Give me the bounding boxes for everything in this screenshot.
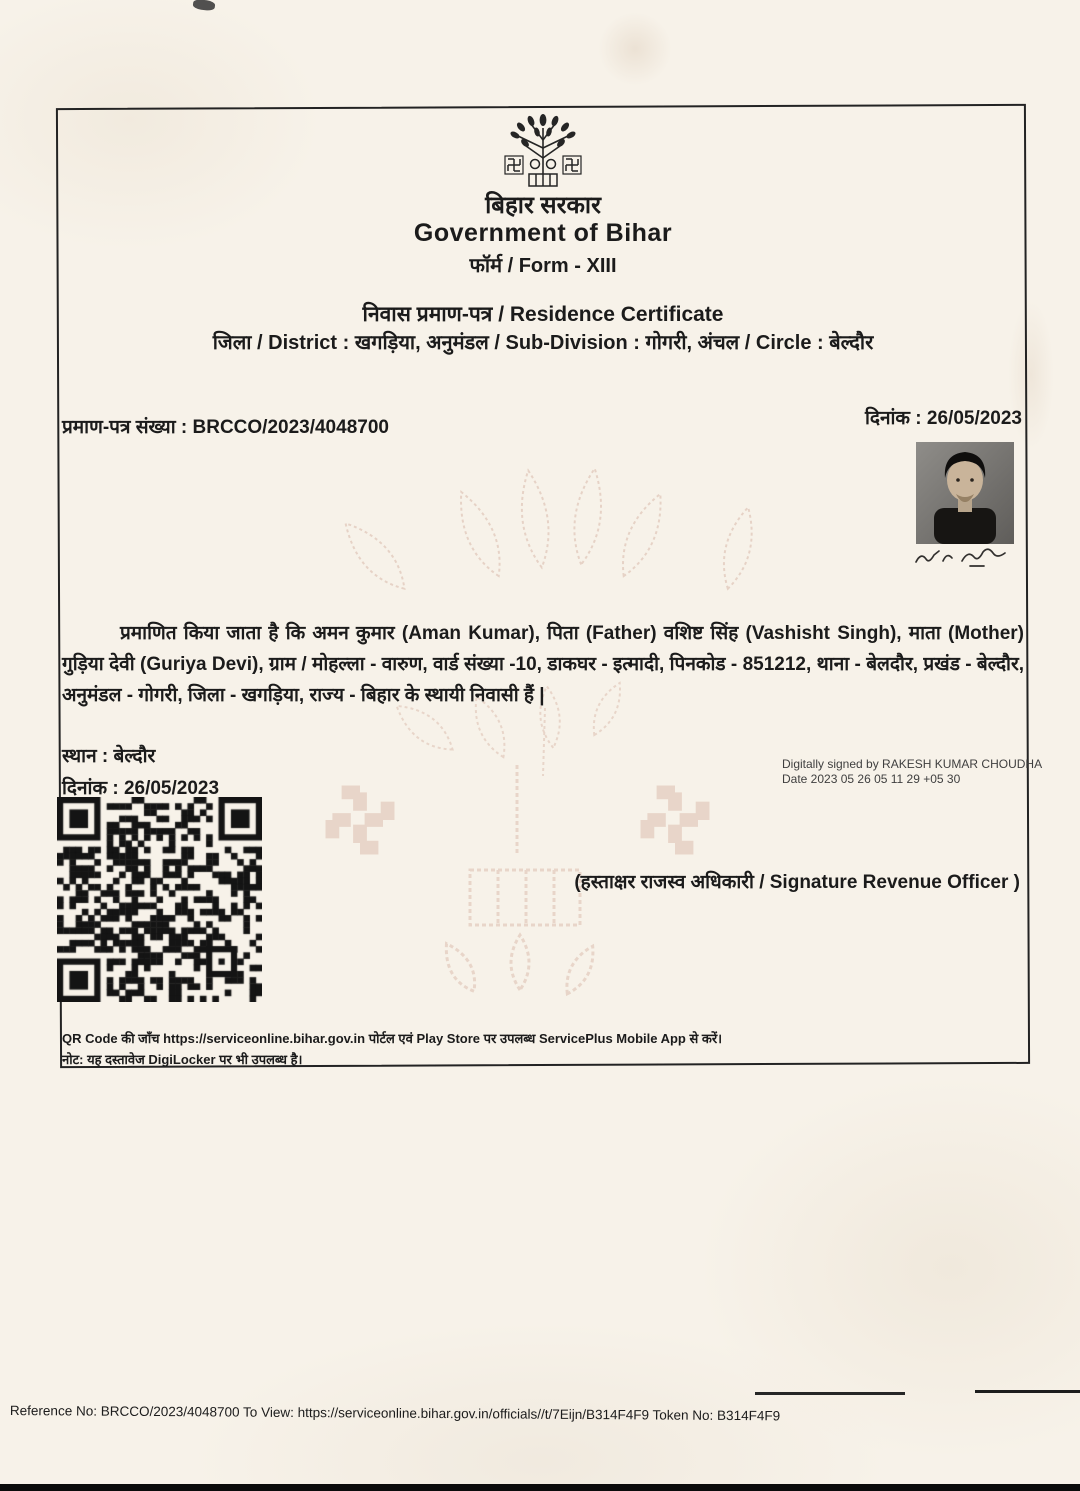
certificate-body-paragraph: प्रमाणित किया जाता है कि अमन कुमार (Aman… [62, 618, 1024, 711]
form-number: फॉर्म / Form - XIII [58, 251, 1028, 278]
revenue-officer-signature-label: (हस्ताक्षर राजस्व अधिकारी / Signature Re… [574, 868, 1020, 894]
issue-place: स्थान : बेल्दौर [62, 742, 155, 768]
reference-footer: Reference No: BRCCO/2023/4048700 To View… [10, 1403, 780, 1423]
digilocker-note: नोट: यह दस्तावेज DigiLocker पर भी उपलब्ध… [62, 1050, 302, 1068]
scan-line [755, 1392, 905, 1395]
qr-code [57, 797, 262, 1002]
scan-edge-bar [0, 1484, 1080, 1491]
certificate-number: प्रमाण-पत्र संख्या : BRCCO/2023/4048700 [62, 413, 389, 439]
scan-artifact [192, 0, 215, 11]
issue-date-top: दिनांक : 26/05/2023 [865, 404, 1022, 430]
org-name-hindi: बिहार सरकार [58, 188, 1028, 221]
applicant-signature [910, 546, 1018, 572]
scanned-residence-certificate: बिहार सरकार Government of Bihar फॉर्म / … [0, 0, 1080, 1491]
digital-signature-stamp: Digitally signed by RAKESH KUMAR CHOUDHA… [782, 757, 1042, 787]
bihar-government-emblem-icon [488, 112, 598, 192]
digital-signature-line2: Date 2023 05 26 05 11 29 +05 30 [782, 772, 1042, 787]
digital-signature-line1: Digitally signed by RAKESH KUMAR CHOUDHA [782, 757, 1042, 772]
scan-stain [598, 12, 672, 86]
certificate-title: निवास प्रमाण-पत्र / Residence Certificat… [58, 300, 1028, 328]
qr-verification-note: QR Code की जाँच https://serviceonline.bi… [62, 1029, 722, 1047]
scan-line [975, 1390, 1080, 1393]
district-subdivision-circle: जिला / District : खगड़िया, अनुमंडल / Sub… [58, 328, 1028, 355]
applicant-photo [916, 442, 1014, 544]
org-name-english: Government of Bihar [58, 219, 1028, 248]
